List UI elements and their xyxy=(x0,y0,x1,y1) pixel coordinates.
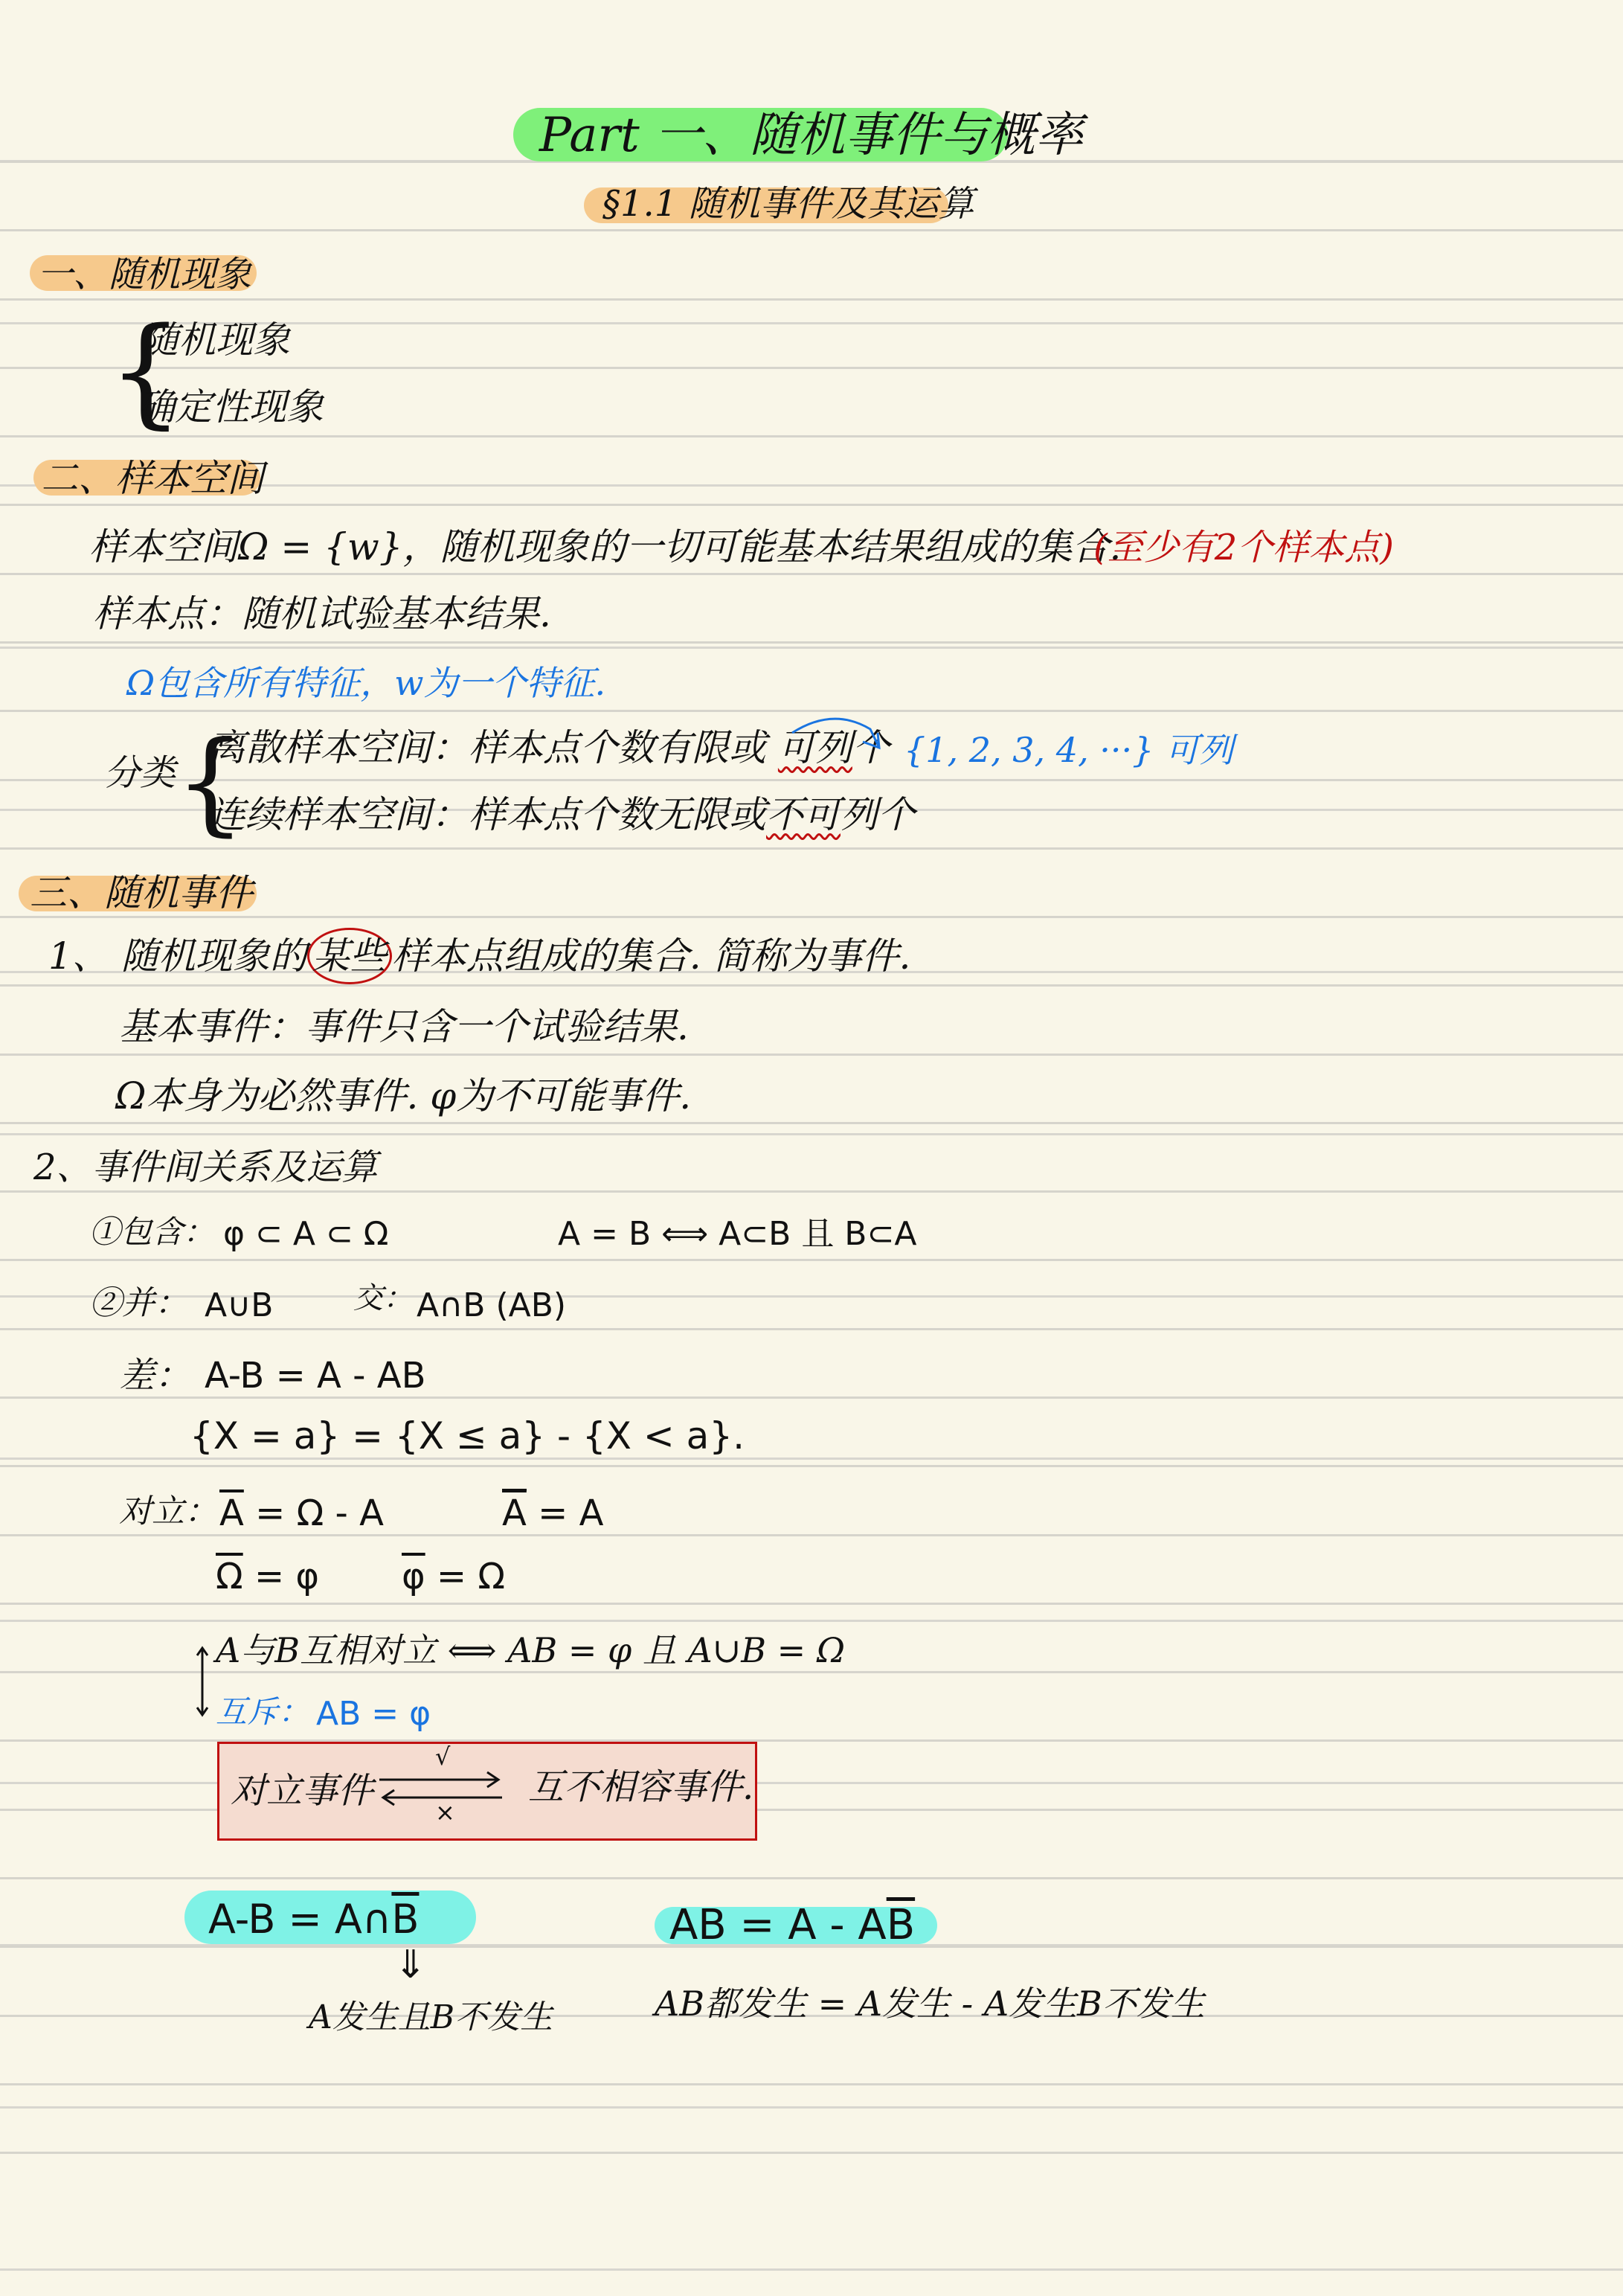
formula-intersection-note: AB都发生 = A发生 - A发生B不发生 xyxy=(655,1986,1205,2021)
omega-complement: Ω = φ xyxy=(216,1559,319,1594)
opposite-label: 对立： xyxy=(119,1495,217,1528)
inclusion-label: ①包含： xyxy=(89,1216,214,1248)
basic-event: 基本事件：事件只含一个试验结果. xyxy=(119,1008,689,1045)
mutual-opposite: A与B互相对立 ⟺ AB = φ 且 A∪B = Ω xyxy=(216,1633,845,1667)
double-complement-a: A xyxy=(502,1489,527,1534)
intersect-expr: A∩B (AB) xyxy=(417,1289,566,1322)
down-arrow-icon: ⇓ xyxy=(394,1946,427,1984)
cross-mark: × xyxy=(435,1800,455,1824)
union-label: ②并： xyxy=(89,1287,187,1320)
list-item: 确定性现象 xyxy=(138,388,324,426)
item-number: 1、 xyxy=(48,934,109,978)
continuous-sample-space: 连续样本空间：样本点个数无限或不可列个 xyxy=(208,796,915,833)
colon: ： xyxy=(431,726,469,769)
item2-heading: 2、事件间关系及运算 xyxy=(33,1149,378,1185)
phi-complement: φ = Ω xyxy=(402,1559,505,1594)
complement-a: A xyxy=(219,1492,244,1534)
intersect-label: 交： xyxy=(353,1283,413,1313)
section-title: §1.1 随机事件及其运算 xyxy=(602,186,974,222)
event-def-post: 样本点组成的集合. 简称为事件. xyxy=(392,934,911,978)
double-arrow-icon xyxy=(195,1644,210,1719)
inclusion-expr: φ ⊂ A ⊂ Ω xyxy=(223,1218,388,1251)
countable-example: {1, 2, 3, 4, ···} 可列 xyxy=(904,733,1233,767)
section-heading-random-events: 三、随机事件 xyxy=(30,874,253,911)
opposite-expr-1: A = Ω - A xyxy=(219,1495,384,1531)
classify-label: 分类 xyxy=(104,755,176,791)
expr-rest: = Ω - A xyxy=(244,1492,384,1534)
exclusive-label: 互斥： xyxy=(216,1696,309,1728)
classify-desc: 样本点个数无限或 xyxy=(469,793,766,836)
list-item: 随机现象 xyxy=(141,321,290,359)
classify-tail: 列个 xyxy=(841,793,915,836)
section-heading-sample-space: 二、样本空间 xyxy=(41,460,264,497)
part-title: Part 一、随机事件与概率 xyxy=(539,112,1083,159)
difference-label: 差： xyxy=(119,1358,190,1394)
classify-desc: 样本点个数有限或 xyxy=(469,726,766,769)
curved-arrow-icon xyxy=(788,711,885,763)
sample-space-definition: 样本空间Ω = {w}，随机现象的一切可能基本结果组成的集合. xyxy=(89,528,1121,565)
formula-lhs: A-B = A∩ xyxy=(208,1896,391,1943)
box-exclusive-event: 互不相容事件. xyxy=(528,1769,753,1805)
formula-lhs: AB = A - A xyxy=(669,1901,887,1949)
formula-difference-note: A发生且B不发生 xyxy=(309,2001,553,2034)
exclusive-expr: AB = φ xyxy=(316,1698,431,1731)
expr-rest: = φ xyxy=(243,1556,319,1597)
union-expr: A∪B xyxy=(205,1289,274,1322)
formula-difference: A-B = A∩B xyxy=(208,1899,419,1940)
complement-b: B xyxy=(391,1896,419,1943)
expr-rest: = Ω xyxy=(425,1556,505,1597)
classify-name: 离散样本空间 xyxy=(208,726,431,769)
expr-rest: = A xyxy=(527,1492,604,1534)
sample-point-definition: 样本点：随机试验基本结果. xyxy=(93,595,551,632)
certain-event: Ω本身为必然事件. φ为不可能事件. xyxy=(115,1077,691,1115)
event-def-pre: 随机现象的 xyxy=(121,934,307,978)
circled-emphasis: 某些 xyxy=(307,928,392,984)
sample-space-note: (至少有2个样本点) xyxy=(1093,530,1394,565)
blue-annotation: Ω包含所有特征，w为一个特征. xyxy=(126,666,605,700)
colon: ： xyxy=(431,793,469,836)
complement-phi: φ xyxy=(402,1556,425,1597)
formula-intersection: AB = A - AB xyxy=(669,1905,915,1946)
check-mark: √ xyxy=(435,1745,450,1769)
complement-omega: Ω xyxy=(216,1556,243,1597)
opposite-expr-2: A = A xyxy=(502,1495,603,1531)
equality-expr: A = B ⟺ A⊂B 且 B⊂A xyxy=(558,1218,916,1251)
complement-b: B xyxy=(887,1901,915,1949)
discrete-sample-space: 离散样本空间：样本点个数有限或 可列个 xyxy=(208,729,890,766)
event-definition: 1、 随机现象的某些样本点组成的集合. 简称为事件. xyxy=(48,937,910,975)
classify-name: 连续样本空间 xyxy=(208,793,431,836)
section-heading-random-phenomena: 一、随机现象 xyxy=(37,257,251,292)
box-opposite-event: 对立事件 xyxy=(231,1773,373,1809)
difference-expr: A-B = A - AB xyxy=(205,1358,426,1394)
classify-emphasis: 不可 xyxy=(766,793,841,836)
difference-example: {X = a} = {X ≤ a} - {X < a}. xyxy=(190,1417,745,1455)
